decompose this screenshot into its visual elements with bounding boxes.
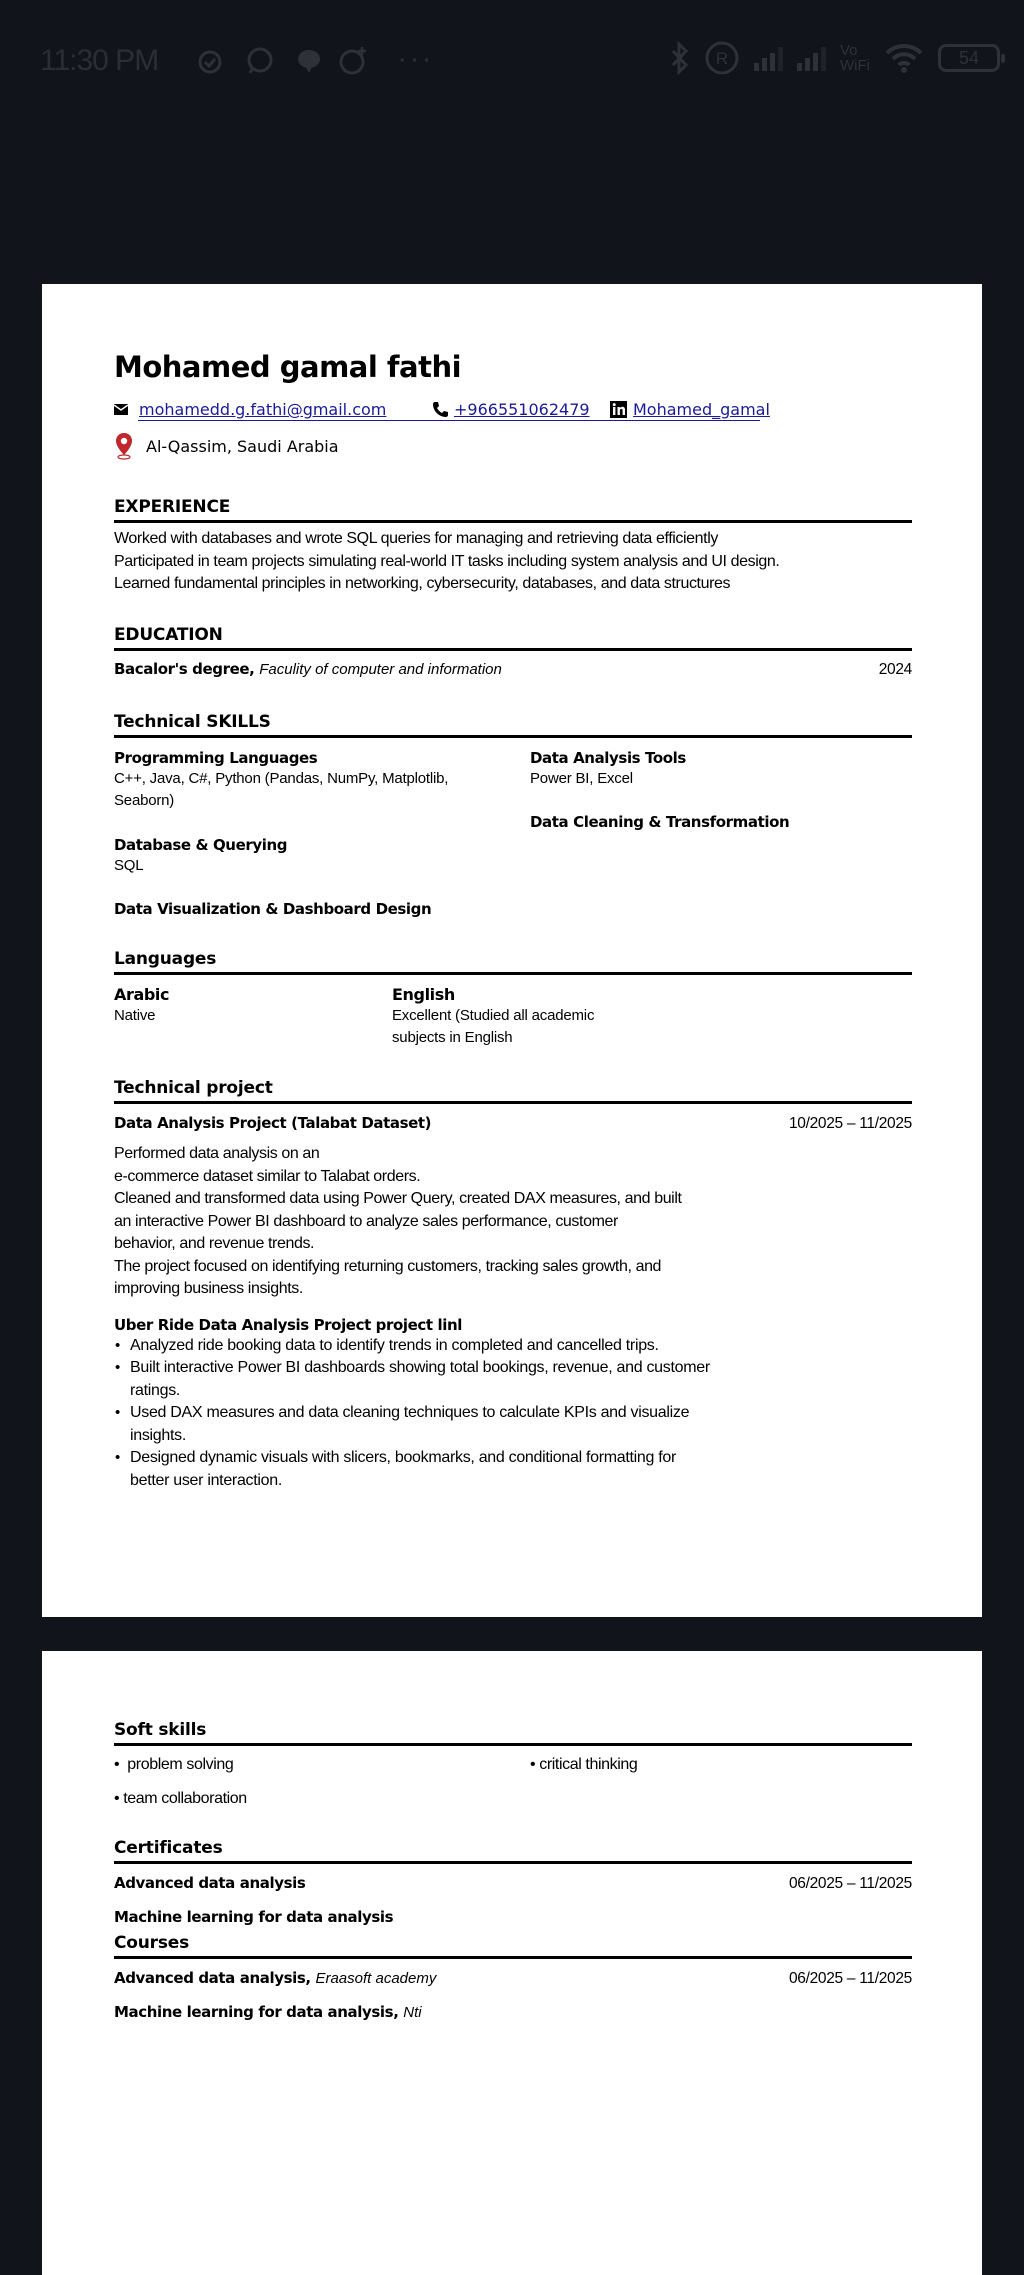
technical-skills-section: Technical SKILLS Programming Languages C… [114, 711, 912, 921]
soft-skill-label: problem solving [127, 1756, 233, 1773]
resume-name: Mohamed gamal fathi [114, 350, 461, 384]
certificates-section: Certificates Advanced data analysis 06/2… [114, 1837, 912, 1927]
phone-icon [432, 401, 448, 419]
bullet-item: Built interactive Power BI dashboards sh… [114, 1357, 714, 1402]
education-entry: Bacalor's degree, Faculity of computer a… [114, 660, 912, 679]
roaming-icon: R [704, 40, 740, 76]
soft-skills-section: Soft skills • problem solving • critical… [114, 1719, 912, 1746]
education-heading: EDUCATION [114, 624, 912, 651]
email-link[interactable]: mohamedd.g.fathi@gmail.com [139, 400, 386, 419]
courses-section: Courses Advanced data analysis, Eraasoft… [114, 1932, 912, 2022]
status-bar: 11:30 PM ··· R VoWiFi 54 [0, 0, 1024, 120]
language-name: Arabic [114, 985, 354, 1005]
contact-row: mohamedd.g.fathi@gmail.com +966551062479… [114, 400, 814, 422]
location-row: Al-Qassim, Saudi Arabia [114, 432, 339, 460]
institution: Faculity of computer and information [259, 661, 502, 678]
skill-group: Data Analysis Tools Power BI, Excel [530, 748, 910, 790]
link-underline [138, 420, 760, 421]
technical-project-heading: Technical project [114, 1077, 912, 1104]
skill-group-value: Power BI, Excel [530, 768, 910, 790]
project-line: Cleaned and transformed data using Power… [114, 1188, 714, 1211]
contact-email: mohamedd.g.fathi@gmail.com [114, 400, 386, 419]
experience-line: Participated in team projects simulating… [114, 551, 912, 574]
education-section: EDUCATION Bacalor's degree, Faculity of … [114, 624, 912, 679]
envelope-icon [114, 404, 128, 415]
course-entry: Machine learning for data analysis, Nti [114, 2002, 912, 2022]
battery-level: 54 [959, 48, 979, 69]
skill-group: Database & Querying SQL [114, 835, 494, 877]
skill-group-title: Data Visualization & Dashboard Design [114, 899, 494, 919]
technical-skills-heading: Technical SKILLS [114, 711, 912, 738]
linkedin-icon [610, 401, 627, 418]
experience-line: Worked with databases and wrote SQL quer… [114, 528, 912, 551]
project-header: Data Analysis Project (Talabat Dataset) … [114, 1113, 912, 1133]
soft-skill-item: • problem solving [114, 1754, 233, 1777]
phone-link[interactable]: +966551062479 [454, 400, 590, 419]
soft-skill-label: critical thinking [539, 1756, 637, 1773]
experience-heading: EXPERIENCE [114, 496, 912, 523]
status-time: 11:30 PM [40, 44, 158, 78]
location-pin-icon [114, 432, 134, 460]
course-entry: Advanced data analysis, Eraasoft academy… [114, 1968, 912, 1988]
linkedin-link[interactable]: Mohamed_gamal [633, 400, 770, 419]
project-title: Data Analysis Project (Talabat Dataset) [114, 1113, 431, 1133]
skill-group-value: C++, Java, C#, Python (Pandas, NumPy, Ma… [114, 768, 494, 812]
soft-skill-item: • team collaboration [114, 1788, 247, 1811]
signal-1-icon [754, 45, 783, 71]
course-provider: Nti [403, 2004, 421, 2021]
languages-heading: Languages [114, 948, 912, 975]
degree: Bacalor's degree, [114, 660, 254, 678]
skill-group-title: Programming Languages [114, 748, 494, 768]
certificate-entry: Advanced data analysis 06/2025 – 11/2025 [114, 1873, 912, 1893]
language-level: Excellent (Studied all academic subjects… [392, 1005, 632, 1049]
project-line: Performed data analysis on an [114, 1143, 714, 1166]
certificates-heading: Certificates [114, 1837, 912, 1864]
language-item: Arabic Native [114, 985, 354, 1027]
certificate-entry: Machine learning for data analysis [114, 1907, 912, 1927]
whatsapp-icon [246, 46, 274, 76]
project-title: Uber Ride Data Analysis Project project … [114, 1315, 912, 1335]
contact-phone: +966551062479 [432, 400, 590, 419]
project-line: The project focused on identifying retur… [114, 1256, 714, 1279]
skill-group: Data Cleaning & Transformation [530, 812, 910, 832]
battery-icon: 54 [938, 44, 1000, 72]
svg-text:R: R [716, 49, 728, 68]
contact-linkedin: Mohamed_gamal [610, 400, 770, 419]
message-icon [296, 46, 322, 76]
project-line: behavior, and revenue trends. [114, 1233, 714, 1256]
project-bullets: Analyzed ride booking data to identify t… [114, 1335, 714, 1493]
bullet-item: Used DAX measures and data cleaning tech… [114, 1402, 714, 1447]
certificate-dates: 06/2025 – 11/2025 [789, 1875, 912, 1893]
whatsapp-business-icon [338, 46, 370, 76]
project-description: Performed data analysis on an e-commerce… [114, 1143, 714, 1301]
experience-section: EXPERIENCE Worked with databases and wro… [114, 496, 912, 596]
alarm-icon [196, 46, 224, 76]
experience-line: Learned fundamental principles in networ… [114, 573, 912, 596]
course-name: Advanced data analysis, [114, 1969, 311, 1987]
project-line: e-commerce dataset similar to Talabat or… [114, 1166, 714, 1189]
course-provider: Eraasoft academy [315, 1970, 436, 1987]
certificate-name: Advanced data analysis [114, 1873, 305, 1893]
more-icon: ··· [398, 46, 435, 76]
skill-group-title: Database & Querying [114, 835, 494, 855]
vowifi-icon: VoWiFi [840, 43, 870, 73]
courses-heading: Courses [114, 1932, 912, 1959]
project-line: an interactive Power BI dashboard to ana… [114, 1211, 714, 1234]
skill-group-title: Data Analysis Tools [530, 748, 910, 768]
education-year: 2024 [879, 661, 912, 679]
skill-group: Programming Languages C++, Java, C#, Pyt… [114, 748, 494, 812]
languages-section: Languages Arabic Native English Excellen… [114, 948, 912, 975]
resume-page-1: Mohamed gamal fathi mohamedd.g.fathi@gma… [42, 284, 982, 1617]
skill-group: Data Visualization & Dashboard Design [114, 899, 494, 919]
skill-group-value: SQL [114, 855, 494, 877]
resume-page-2: Soft skills • problem solving • critical… [42, 1651, 982, 2275]
bluetooth-icon [670, 41, 690, 75]
project-line: improving business insights. [114, 1278, 714, 1301]
language-name: English [392, 985, 632, 1005]
soft-skill-item: • critical thinking [530, 1754, 637, 1777]
language-item: English Excellent (Studied all academic … [392, 985, 632, 1049]
certificate-name: Machine learning for data analysis [114, 1907, 393, 1927]
signal-2-icon [797, 45, 826, 71]
soft-skill-label: team collaboration [123, 1790, 247, 1807]
project-dates: 10/2025 – 11/2025 [789, 1115, 912, 1133]
soft-skills-heading: Soft skills [114, 1719, 912, 1746]
experience-body: Worked with databases and wrote SQL quer… [114, 528, 912, 596]
status-right-icons: R VoWiFi 54 [670, 40, 1000, 76]
skill-group-title: Data Cleaning & Transformation [530, 812, 910, 832]
wifi-icon [884, 42, 924, 74]
location-text: Al-Qassim, Saudi Arabia [146, 437, 339, 456]
technical-project-section: Technical project Data Analysis Project … [114, 1077, 912, 1492]
bullet-item: Designed dynamic visuals with slicers, b… [114, 1447, 714, 1492]
course-name: Machine learning for data analysis, [114, 2003, 399, 2021]
language-level: Native [114, 1005, 354, 1027]
bullet-item: Analyzed ride booking data to identify t… [114, 1335, 714, 1358]
course-dates: 06/2025 – 11/2025 [789, 1970, 912, 1988]
